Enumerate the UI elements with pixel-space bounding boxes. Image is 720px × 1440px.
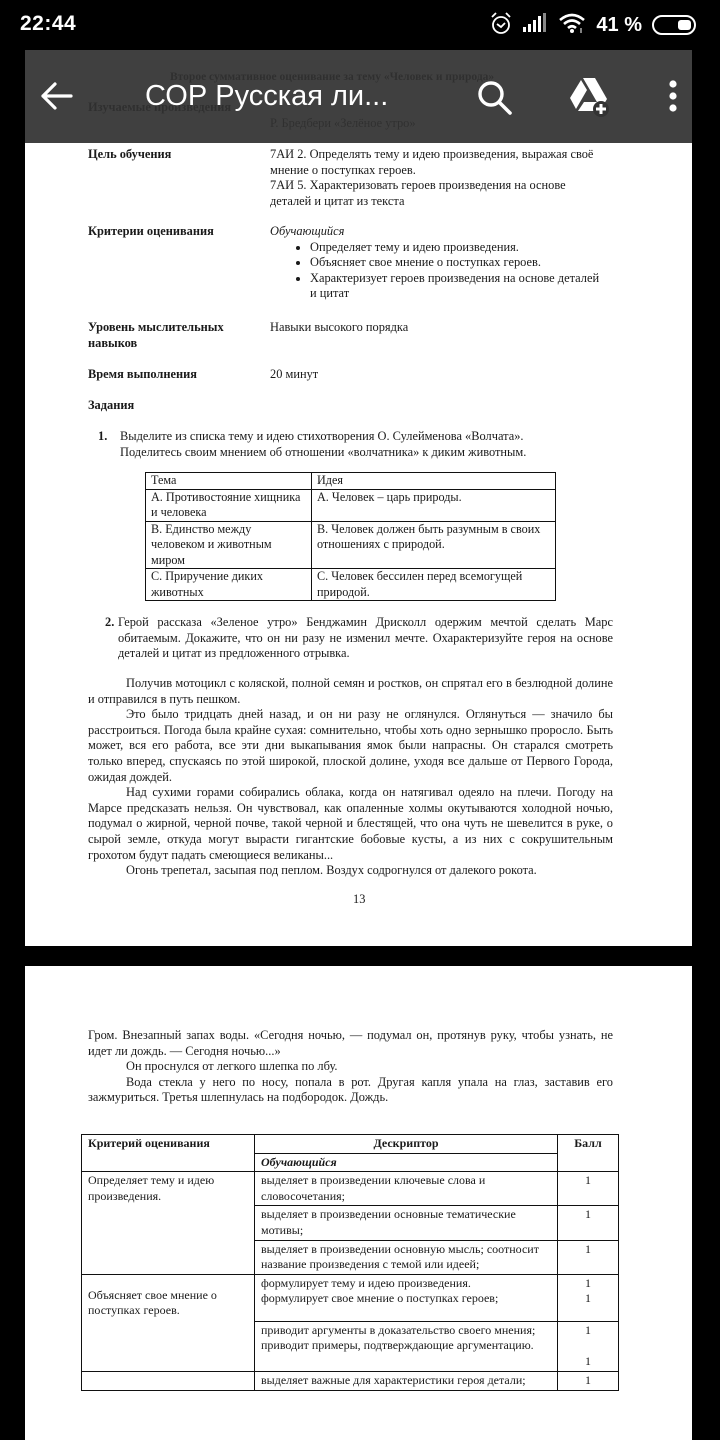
tasks-label: Задания	[88, 398, 134, 414]
clock: 22:44	[20, 12, 76, 36]
alarm-icon	[490, 11, 512, 40]
criteria-item: Объясняет свое мнение о поступках героев…	[310, 255, 600, 271]
document-page-2: Гром. Внезапный запах воды. «Сегодня ноч…	[25, 966, 692, 1440]
goal-text: 7АИ 2. Определять тему и идею произведен…	[270, 147, 600, 209]
rubric-table: Критерий оценивания Дескриптор Балл Обуч…	[81, 1134, 619, 1391]
task1-text: Выделите из списка тему и идею стихотвор…	[120, 429, 570, 460]
task2-text: Герой рассказа «Зеленое утро» Бенджамин …	[118, 615, 613, 662]
signal-icon	[522, 13, 548, 38]
add-to-drive-icon	[567, 76, 611, 118]
table-row: выделяет важные для характеристики героя…	[82, 1371, 619, 1390]
search-icon	[475, 78, 515, 118]
search-button[interactable]	[475, 78, 515, 118]
task2-number: 2.	[105, 615, 114, 631]
document-page-1: Второе суммативное оценивание за тему «Ч…	[25, 50, 692, 946]
criteria-label: Критерии оценивания	[88, 224, 214, 240]
time-label: Время выполнения	[88, 367, 197, 383]
back-button[interactable]	[37, 76, 77, 116]
battery-percent: 41 %	[596, 14, 642, 37]
task1-table: ТемаИдея А. Противостояние хищника и чел…	[145, 472, 556, 601]
arrow-left-icon	[37, 76, 77, 116]
app-toolbar: СОР Русская ли...	[25, 50, 692, 143]
battery-icon	[652, 15, 696, 35]
document-title: СОР Русская ли...	[145, 80, 388, 113]
more-vert-icon	[663, 76, 683, 118]
level-label: Уровень мыслительных навыков	[88, 320, 248, 351]
table-row: Определяет тему и идею произведения. выд…	[82, 1172, 619, 1206]
status-bar: 22:44 41 %	[0, 0, 720, 50]
task1-number: 1.	[98, 429, 107, 445]
page-number: 13	[353, 892, 365, 908]
time-value: 20 минут	[270, 367, 318, 383]
excerpt-continued: Гром. Внезапный запах воды. «Сегодня ноч…	[88, 1028, 613, 1106]
add-to-drive-button[interactable]	[567, 76, 611, 118]
table-row: Объясняет свое мнение о поступках героев…	[82, 1274, 619, 1321]
criteria-item: Определяет тему и идею произведения.	[310, 240, 600, 256]
excerpt: Получив мотоцикл с коляской, полной семя…	[88, 676, 613, 879]
goal-label: Цель обучения	[88, 147, 171, 163]
criteria-item: Характеризует героев произведения на осн…	[310, 271, 600, 302]
more-options-button[interactable]	[663, 76, 683, 118]
level-value: Навыки высокого порядка	[270, 320, 408, 336]
criteria-block: Обучающийся Определяет тему и идею произ…	[270, 224, 600, 302]
wifi-icon	[558, 12, 586, 39]
